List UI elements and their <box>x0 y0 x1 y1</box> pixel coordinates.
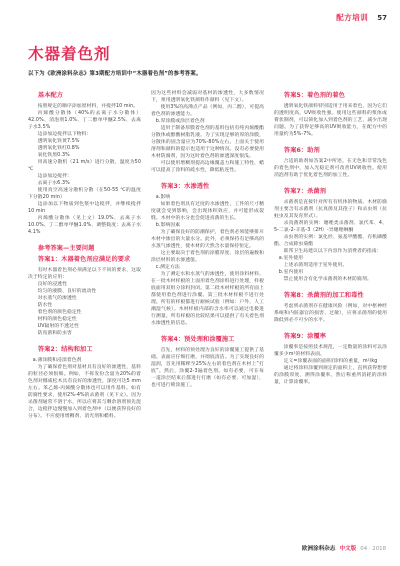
section-heading: 答案2：结构和加工 <box>28 346 141 354</box>
paragraph: 杀虫剂的实例：氯化烃、氨基甲酸酯、有机磷酸酯、合成除虫菊酯 <box>274 234 387 248</box>
paragraph: 禁止使用含有化学杀菌剂的木材防腐剂。 <box>274 276 387 283</box>
footer-magazine-name: 欧洲涂料杂志 <box>302 544 336 552</box>
section-heading: 答案1：木器着色剂应满足的要求 <box>28 256 141 264</box>
paragraph: 边添加边搅拌： <box>28 173 141 180</box>
paragraph: 氧化铁黑0.3% <box>28 152 141 159</box>
paragraph: 涂覆率是按照技术规范，一定数量的涂料可以涂覆多少m²的材料表面。 <box>274 344 387 358</box>
paragraph: 上述杀菌剂适用于室外使用。 <box>274 262 387 269</box>
paragraph: 为了确保良好的防潮保护，着色剂必须能够排斥木材中渗出的大量水分。此外，必须保持有… <box>151 229 264 250</box>
paragraph: 防真菌和防虫害 <box>28 330 141 337</box>
section-heading: 答案9：涂覆率 <box>274 333 387 341</box>
section-heading: 答案6：助剂 <box>274 147 387 155</box>
paragraph: 联邦卫生局建议以下内容作为消费者的指南： <box>274 248 387 255</box>
paragraph: 均匀的液膜、良好的流动性 <box>28 288 141 295</box>
column-1: 基本配方按照规定的顺序添加原材料，并搅拌10 min。丙烯酸分散体（40%的去离… <box>28 90 141 420</box>
page-subtitle: 以下为《欧洲涂料杂志》第3期配方培训中“木器着色剂”的参考答案。 <box>28 69 380 77</box>
paragraph: 丙烯酸分散体（见上文）19.0%、去离子水10.0%、丁二醇单甲醚1.0%、调整… <box>28 215 141 236</box>
section-heading: 基本配方 <box>28 92 141 100</box>
paragraph: 边添加以下物质到色浆中边搅拌，并继续搅拌10 min <box>28 201 141 215</box>
paragraph: 去离子水6.3% <box>28 180 141 187</box>
paragraph: 定义=涂覆表面的面积/涂料的重量，m²/kg <box>274 358 387 365</box>
section-heading: 答案5：着色剂的着色 <box>274 92 387 100</box>
paragraph: 杀真菌剂的实例：噻唑类杀菌剂、氯代苯、4、5-二氯-2-辛基-3（2H）-异噻唑… <box>274 220 387 234</box>
column-2: 因为这些材料会减弱对基材的渗透性，大多数情况下，须用透明氧化铁颜料作颜料（见下文… <box>151 90 264 420</box>
paragraph: 使用真空高速分散机分散（在50-55 ℃的温度下分散20 min） <box>28 187 141 201</box>
paragraph: 如果着色剂具有过度的水渗透性，工件的尺寸精度就会受到影响，会出现体积效应，并可能… <box>151 201 264 222</box>
paragraph: 有时木器着色剂必须满足以下不同的要求，这取决于特定的应用： <box>28 267 141 281</box>
header-section-label: 配方培训 <box>336 12 368 23</box>
paragraph: 防水性 <box>28 302 141 309</box>
magazine-page: 配方培训 57 木器着色剂 以下为《欧洲涂料杂志》第3期配方培训中“木器着色剂”… <box>0 0 400 566</box>
footer-issue: 04 · 2018 <box>360 546 386 552</box>
paragraph: UV辐射的不透过性 <box>28 323 141 330</box>
paragraph: 首先，材料的预处理为良好的涂覆施工提供了基础。表面应仔细打磨，并彻底清洁。为了实… <box>151 347 264 389</box>
paragraph: 通过将涂料涂覆到规定的面积上，直到获得想要的涂膜厚度，测得涂覆率。然后称重所消耗… <box>274 365 387 386</box>
title-block: 木器着色剂 以下为《欧洲涂料杂志》第3期配方培训中“木器着色剂”的参考答案。 <box>28 42 380 77</box>
paragraph: b.影响因素 <box>151 222 264 229</box>
paragraph: b.厚涂膜或涂层着色剂 <box>151 118 264 125</box>
section-heading: 参考答案—主要问题 <box>28 245 141 253</box>
paragraph: 透明氧化铁红0.8% <box>28 145 141 152</box>
paragraph: 合适的助剂如答案2中所述。在无色和非常浅色的着色剂中，加入光稳定剂可改善UV吸收… <box>274 158 387 179</box>
paragraph: 杀菌剂是直接针对所有有机体的物质。木材防腐剂主要含有杀菌剂（抗真菌及其孢子）和杀… <box>274 199 387 220</box>
section-heading: 答案8：杀菌剂的加工和毒性 <box>274 292 387 300</box>
section-heading: 答案4：预处理和涂覆施工 <box>151 336 264 344</box>
paragraph: b.室内使用 <box>274 269 387 276</box>
footer-edition: 中文版 <box>339 544 356 552</box>
paragraph: 使用3%的高沸点产品（例如，丙二醇），可提高着色剂的渗透能力。 <box>151 104 264 118</box>
paragraph: 考虑到杀菌剂存在健康风险（例如，对中枢神经系统和内脏器官的损害、过敏），应将杀菌… <box>274 303 387 324</box>
paragraph: 这主要取决于着色剂的涂膜厚度、涂层的遍数和涂层材料的水渗透值。 <box>151 250 264 264</box>
page-title: 木器着色剂 <box>28 42 380 64</box>
paragraph: a.影响 <box>151 194 264 201</box>
paragraph: 边添加边搅拌以下物料： <box>28 131 141 138</box>
paragraph: 因为这些材料会减弱对基材的渗透性，大多数情况下，须用透明氧化铁颜料作颜料（见下文… <box>151 90 264 104</box>
paragraph: 透明氧化铁颜料特别适用于用来着色，因为它们的透明度高，UV吸收性强。使用这些颜料… <box>274 103 387 138</box>
paragraph: c.测定方法 <box>151 264 264 271</box>
section-heading: 答案7：杀菌剂 <box>274 188 387 196</box>
paragraph: 为了确保着色剂对基材具有良好的渗透性，基料的粒径必须很细。例如，不挥发份含量为2… <box>28 364 141 420</box>
article-columns: 基本配方按照规定的顺序添加原材料，并搅拌10 min。丙烯酸分散体（40%的去离… <box>28 90 387 420</box>
section-heading: 答案3：水渗透性 <box>151 183 264 191</box>
paragraph: 按照规定的顺序添加原材料，并搅拌10 min。 <box>28 103 141 110</box>
paragraph: 透明氧化铁黄7.5% <box>28 138 141 145</box>
paragraph: 丙烯酸分散体（40%的去离子水分散体）42.0%、消泡剂1.0%、丁二醇单甲醚2… <box>28 110 141 131</box>
header-page-number: 57 <box>377 14 387 22</box>
page-footer: 欧洲涂料杂志 中文版 04 · 2018 <box>302 544 386 552</box>
paragraph: a.薄涂膜和浸渍着色剂 <box>28 357 141 364</box>
paragraph: 可以使用增稠剂提高边缘覆盖力和施工特性，蜡可以提高了涂料的疏水性，降低粘连性。 <box>151 160 264 174</box>
page-header: 配方培训 57 <box>336 12 387 23</box>
paragraph: 着色剂的颜色稳定性 <box>28 309 141 316</box>
paragraph: 用高速分散机（21 m/s）进行分散，温度为50 ℃ <box>28 159 141 173</box>
paragraph: 适用于制备厚膜着色剂的基料包括有纯丙烯酸酯分散体或醇酸树脂乳液。为了实现足够的厚… <box>151 125 264 160</box>
column-3: 答案5：着色剂的着色透明氧化铁颜料特别适用于用来着色，因为它们的透明度高，UV吸… <box>274 90 387 420</box>
paragraph: 对水蒸气的渗透性 <box>28 295 141 302</box>
paragraph: 为了测定水和水蒸气的渗透性，使用涂料材料。在一批木材样板的上面用着色剂涂料进行处… <box>151 271 264 327</box>
paragraph: 材料的颜色稳定性 <box>28 316 141 323</box>
paragraph: 良好的浸透性 <box>28 281 141 288</box>
paragraph: a.室外使用 <box>274 255 387 262</box>
